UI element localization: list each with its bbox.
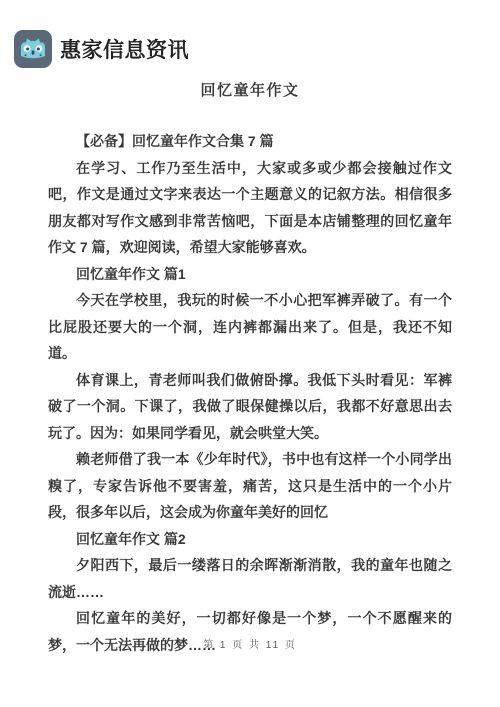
robot-pupil-left [26,48,29,51]
paragraph-essay1-body-2: 体育课上，青老师叫我们做俯卧撑。我低下头时看见：军裤破了一个洞。下课了，我做了眼… [48,367,452,447]
document-page: 惠家信息资讯 回忆童年作文 【必备】回忆童年作文合集 7 篇 在学习、工作乃至生… [0,0,500,707]
paragraph-heading-collection: 【必备】回忆童年作文合集 7 篇 [48,128,452,155]
paragraph-essay1-body-1: 今天在学校里，我玩的时候一不小心把军裤弄破了。有一个比屁股还要大的一个洞，连内裤… [48,287,452,367]
document-title: 回忆童年作文 [0,79,500,100]
robot-mascot-icon [13,29,53,69]
page-number-footer: 第 1 页 共 11 页 [0,636,500,651]
paragraph-intro: 在学习、工作乃至生活中，大家或多或少都会接触过作文吧，作文是通过文字来表达一个主… [48,155,452,261]
robot-mouth [32,51,35,55]
document-body: 【必备】回忆童年作文合集 7 篇 在学习、工作乃至生活中，大家或多或少都会接触过… [48,128,452,658]
robot-pupil-right [37,48,40,51]
paragraph-essay1-heading: 回忆童年作文 篇1 [48,261,452,288]
paragraph-essay2-body-1: 夕阳西下，最后一缕落日的余晖渐渐消散，我的童年也随之流逝…… [48,552,452,605]
paragraph-essay2-heading: 回忆童年作文 篇2 [48,526,452,553]
brand-logo: 惠家信息资讯 [13,29,189,69]
paragraph-essay1-body-3: 赖老师借了我一本《少年时代》，书中也有这样一个小同学出糗了，专家告诉他不要害羞，… [48,446,452,526]
robot-chin-dot-right [40,54,42,56]
brand-name: 惠家信息资讯 [60,34,189,64]
robot-chin-dot-left [25,54,27,56]
